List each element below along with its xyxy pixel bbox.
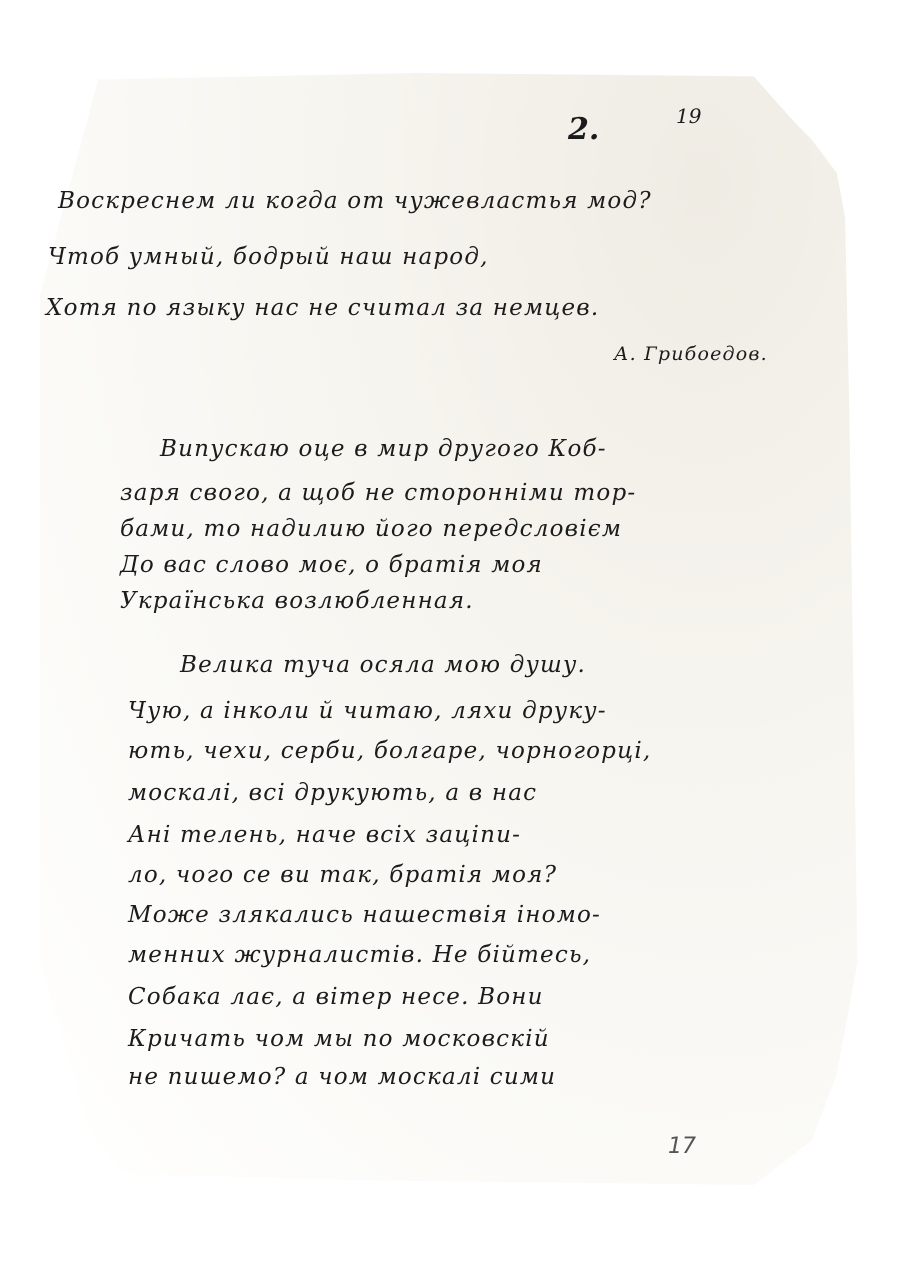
text-line: Випускаю оце в мир другого Коб- (160, 436, 607, 462)
page-number: 2. (568, 112, 599, 147)
text-line: Ані телень, наче всіх заціпи- (128, 822, 521, 848)
text-line: Може злякались нашествія іномо- (128, 902, 601, 928)
epigraph-line: Хотя по языку нас не считал за немцев. (46, 295, 599, 321)
text-line: Чую, а інколи й читаю, ляхи друку- (128, 698, 607, 724)
text-line: Кричать чом мы по московскій (128, 1026, 550, 1052)
epigraph-line: Воскреснем ли когда от чужевластья мод? (58, 188, 652, 214)
text-line: Велика туча осяла мою душу. (180, 652, 586, 678)
manuscript-sheet (40, 73, 870, 1185)
text-line: не пишемо? а чом москалі сими (128, 1064, 556, 1090)
text-line: ють, чехи, серби, болгаре, чорногорці, (128, 738, 651, 764)
text-line: Українська возлюбленная. (120, 588, 474, 614)
text-line: бами, то надилию його передсловієм (120, 516, 622, 542)
epigraph-signature: А. Грибоедов. (614, 343, 768, 365)
text-line: ло, чого се ви так, братія моя? (128, 862, 557, 888)
folio-number: 19 (676, 104, 701, 128)
text-line: До вас слово моє, о братія моя (120, 552, 543, 578)
text-line: заря свого, а щоб не сторонніми тор- (120, 480, 636, 506)
text-line: Собака лає, а вітер несе. Вони (128, 984, 544, 1010)
text-line: менних журналистів. Не бійтесь, (128, 942, 591, 968)
epigraph-line: Чтоб умный, бодрый наш народ, (48, 244, 489, 270)
text-line: москалі, всі друкують, а в нас (128, 780, 537, 806)
pencil-archive-number: 17 (668, 1134, 696, 1159)
